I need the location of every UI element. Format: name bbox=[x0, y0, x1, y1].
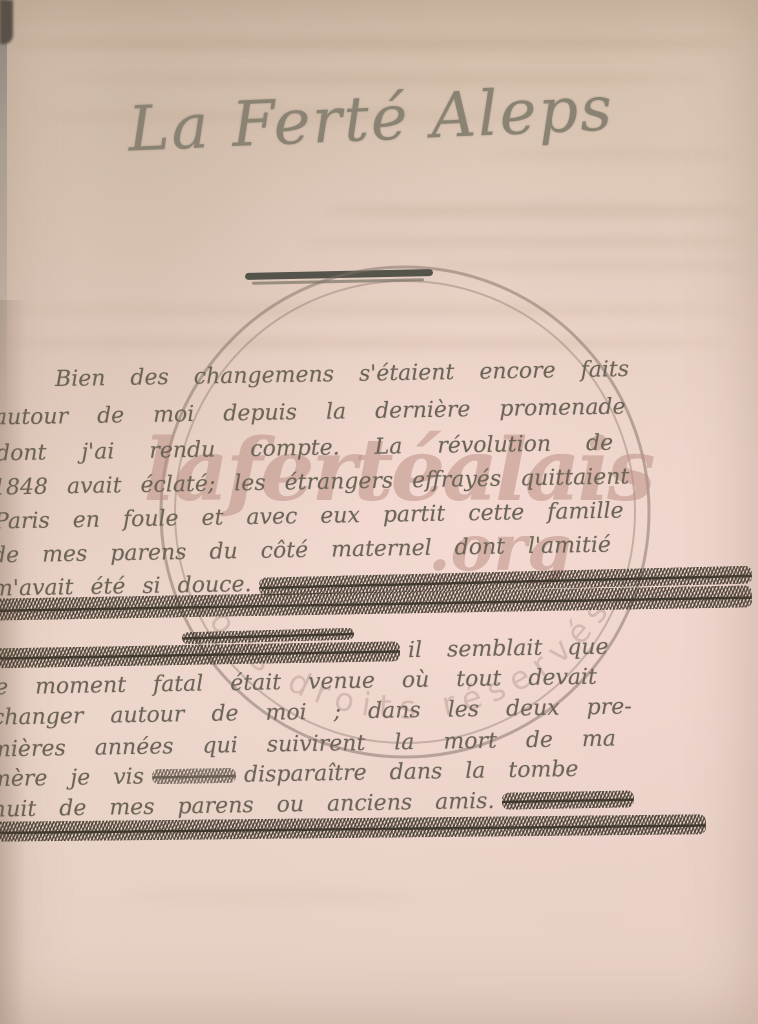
manuscript-photo: La Ferté Aleps lafertéalais .org tous dr… bbox=[0, 0, 758, 1024]
line-text: mère je vis bbox=[0, 764, 144, 792]
line-text: il semblait que bbox=[408, 635, 609, 663]
crossed-out-scribble bbox=[0, 641, 400, 668]
crossed-out-scribble bbox=[502, 790, 634, 809]
crossed-out-scribble bbox=[152, 768, 236, 784]
